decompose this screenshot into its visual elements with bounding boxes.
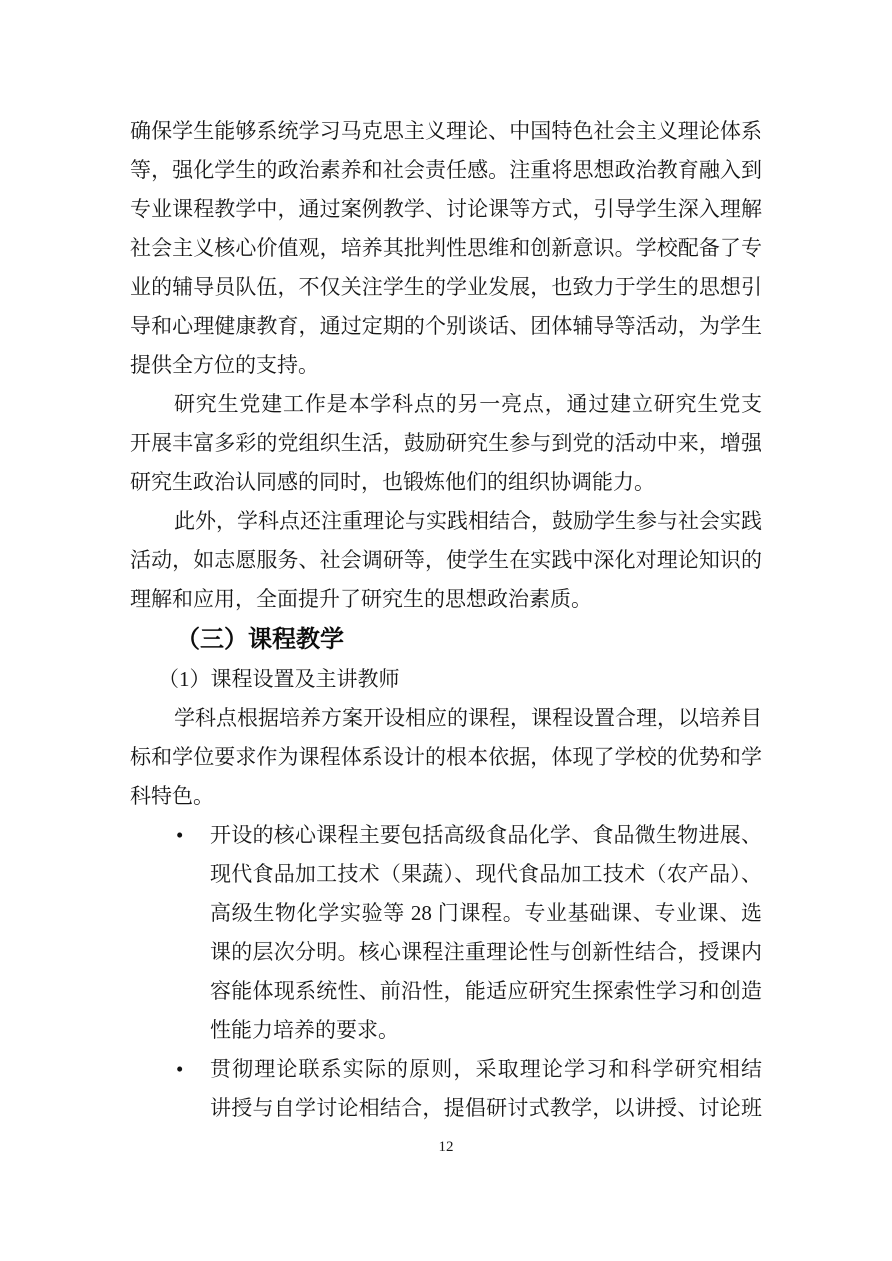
document-page: 确保学生能够系统学习马克思主义理论、中国特色社会主义理论体系 等，强化学生的政治… [0,0,892,1261]
text-line: 业的辅导员队伍，不仅关注学生的学业发展，也致力于学生的思想引 [130,268,762,307]
text-line: 课的层次分明。核心课程注重理论性与创新性结合，授课内 [210,933,762,972]
text-line: 确保学生能够系统学习马克思主义理论、中国特色社会主义理论体系 [130,112,762,151]
text-line: 理解和应用，全面提升了研究生的思想政治素质。 [130,580,762,619]
paragraph-curriculum: 学科点根据培养方案开设相应的课程，课程设置合理，以培养目 标和学位要求作为课程体… [130,699,762,816]
text-line: 贯彻理论联系实际的原则，采取理论学习和科学研究相结合、 [210,1050,762,1089]
page-number: 12 [0,1136,892,1158]
text-line: 容能体现系统性、前沿性，能适应研究生探索性学习和创造 [210,972,762,1011]
text-line: 提供全方位的支持。 [130,346,762,385]
text-line: 现代食品加工技术（果蔬）、现代食品加工技术（农产品）、 [210,855,762,894]
paragraph-ideological-education: 确保学生能够系统学习马克思主义理论、中国特色社会主义理论体系 等，强化学生的政治… [130,112,762,385]
bullet-icon: • [176,1050,183,1089]
text-line: 性能力培养的要求。 [210,1011,762,1050]
text-line: 开设的核心课程主要包括高级食品化学、食品微生物进展、 [210,816,762,855]
text-line: 标和学位要求作为课程体系设计的根本依据，体现了学校的优势和学 [130,738,762,777]
bullet-item-teaching-principle: • 贯彻理论联系实际的原则，采取理论学习和科学研究相结合、 讲授与自学讨论相结合… [130,1050,762,1128]
subsection-heading: （1）课程设置及主讲教师 [130,660,762,699]
text-line: 导和心理健康教育，通过定期的个别谈话、团体辅导等活动，为学生 [130,307,762,346]
paragraph-practice: 此外，学科点还注重理论与实践相结合，鼓励学生参与社会实践 活动，如志愿服务、社会… [130,502,762,619]
text-line: 等，强化学生的政治素养和社会责任感。注重将思想政治教育融入到 [130,151,762,190]
text-line: 科特色。 [130,777,762,816]
text-line: 研究生党建工作是本学科点的另一亮点，通过建立研究生党支部， [130,385,762,424]
paragraph-party-building: 研究生党建工作是本学科点的另一亮点，通过建立研究生党支部， 开展丰富多彩的党组织… [130,385,762,502]
bullet-icon: • [176,816,183,855]
page-body: 确保学生能够系统学习马克思主义理论、中国特色社会主义理论体系 等，强化学生的政治… [130,112,762,1128]
text-line: 开展丰富多彩的党组织生活，鼓励研究生参与到党的活动中来，增强 [130,424,762,463]
text-line: 研究生政治认同感的同时，也锻炼他们的组织协调能力。 [130,463,762,502]
text-line: 此外，学科点还注重理论与实践相结合，鼓励学生参与社会实践 [130,502,762,541]
text-line: 专业课程教学中，通过案例教学、讨论课等方式，引导学生深入理解 [130,190,762,229]
text-line: 讲授与自学讨论相结合，提倡研讨式教学，以讲授、讨论班 [210,1089,762,1128]
text-line: 活动，如志愿服务、社会调研等，使学生在实践中深化对理论知识的 [130,541,762,580]
text-line: 学科点根据培养方案开设相应的课程，课程设置合理，以培养目 [130,699,762,738]
text-line: 高级生物化学实验等 28 门课程。专业基础课、专业课、选修 [210,894,762,933]
text-line: 社会主义核心价值观，培养其批判性思维和创新意识。学校配备了专 [130,229,762,268]
bullet-item-core-courses: • 开设的核心课程主要包括高级食品化学、食品微生物进展、 现代食品加工技术（果蔬… [130,816,762,1050]
section-heading: （三）课程教学 [130,619,762,660]
